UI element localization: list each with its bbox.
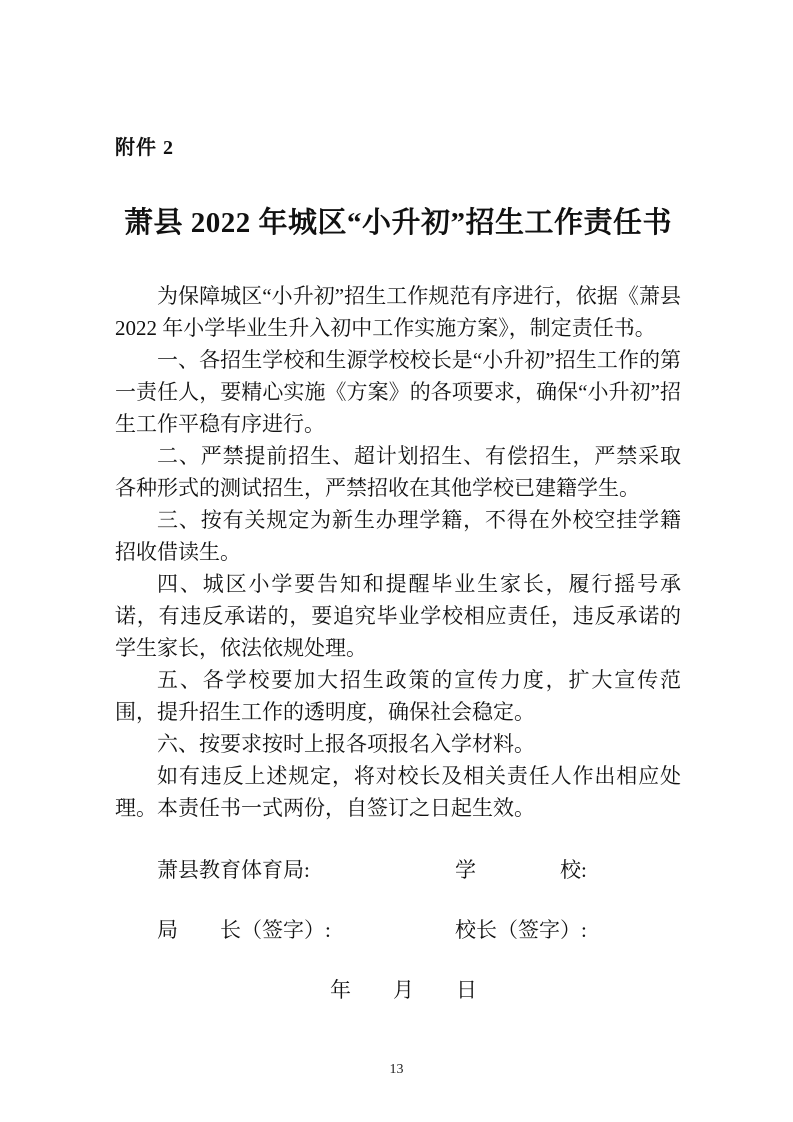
paragraph-clause-2: 二、严禁提前招生、超计划招生、有偿招生，严禁采取各种形式的测试招生，严禁招收在其…	[115, 440, 681, 504]
paragraph-closing: 如有违反上述规定，将对校长及相关责任人作出相应处理。本责任书一式两份，自签订之日…	[115, 760, 681, 824]
signature-date-line: 年 月 日	[330, 974, 681, 1006]
signature-principal-label: 校长（签字）:	[455, 914, 681, 946]
document-body: 为保障城区“小升初”招生工作规范有序进行，依据《萧县 2022 年小学毕业生升入…	[115, 280, 681, 824]
paragraph-clause-6: 六、按要求按时上报各项报名入学材料。	[115, 728, 681, 760]
paragraph-intro: 为保障城区“小升初”招生工作规范有序进行，依据《萧县 2022 年小学毕业生升入…	[115, 280, 681, 344]
paragraph-clause-3: 三、按有关规定为新生办理学籍，不得在外校空挂学籍招收借读生。	[115, 504, 681, 568]
signature-agency-label: 萧县教育体育局:	[157, 854, 455, 886]
document-page: 附件 2 萧县 2022 年城区“小升初”招生工作责任书 为保障城区“小升初”招…	[0, 0, 793, 1122]
signature-row-parties: 萧县教育体育局: 学 校:	[115, 854, 681, 886]
paragraph-clause-4: 四、城区小学要告知和提醒毕业生家长，履行摇号承诺，有违反承诺的，要追究毕业学校相…	[115, 568, 681, 664]
paragraph-clause-1: 一、各招生学校和生源学校校长是“小升初”招生工作的第一责任人，要精心实施《方案》…	[115, 344, 681, 440]
paragraph-clause-5: 五、各学校要加大招生政策的宣传力度，扩大宣传范围，提升招生工作的透明度，确保社会…	[115, 664, 681, 728]
signature-row-signers: 局 长（签字）: 校长（签字）:	[115, 914, 681, 946]
document-content: 附件 2 萧县 2022 年城区“小升初”招生工作责任书 为保障城区“小升初”招…	[0, 0, 793, 1006]
signature-school-label: 学 校:	[455, 854, 681, 886]
page-number: 13	[0, 1062, 793, 1078]
attachment-label: 附件 2	[115, 0, 681, 160]
signature-director-label: 局 长（签字）:	[157, 914, 455, 946]
document-title: 萧县 2022 年城区“小升初”招生工作责任书	[115, 204, 681, 242]
signature-block: 萧县教育体育局: 学 校: 局 长（签字）: 校长（签字）: 年 月 日	[115, 854, 681, 1006]
